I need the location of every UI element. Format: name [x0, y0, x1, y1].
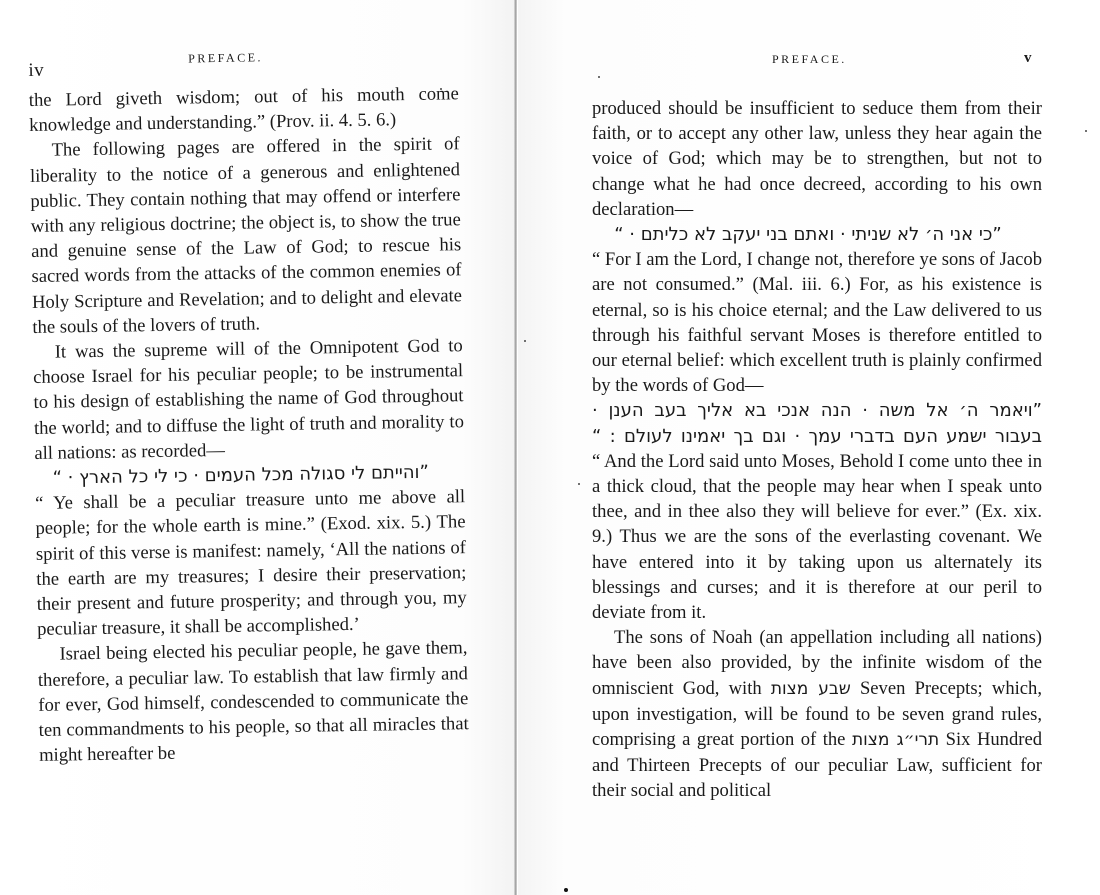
paragraph-continuation-right: produced should be insufficient to seduc…	[592, 96, 1042, 222]
paragraph-sons-of-noah: The sons of Noah (an appellation includi…	[592, 625, 1042, 803]
page-number-left: iv	[28, 60, 44, 82]
left-running-head: iv PREFACE.	[28, 41, 459, 88]
book-spine	[514, 0, 517, 895]
quote-translation-malachi: “ For I am the Lord, I change not, there…	[592, 247, 1042, 398]
left-body-text: the Lord giveth wisdom; out of his mouth…	[29, 81, 470, 768]
hebrew-quote-malachi: ”כי אני ה׳ לא שניתי · ואתם בני יעקב לא כ…	[592, 222, 1042, 247]
scan-speck	[440, 88, 442, 90]
hebrew-seven-precepts: שבע מצות	[771, 679, 851, 699]
scan-speck	[598, 76, 600, 78]
left-page-content: iv PREFACE. the Lord giveth wisdom; out …	[28, 41, 469, 768]
paragraph-continuation: the Lord giveth wisdom; out of his mouth…	[29, 81, 460, 138]
quote-translation-exodus: “ Ye shall be a peculiar treasure unto m…	[35, 484, 467, 642]
hebrew-613-precepts: תרי״ג מצות	[852, 730, 939, 750]
right-body-text: produced should be insufficient to seduc…	[592, 96, 1042, 804]
page-number-right: v	[1024, 50, 1032, 67]
scan-speck	[1085, 130, 1087, 132]
right-page-content: PREFACE. v produced should be insufficie…	[592, 48, 1042, 804]
running-head-title-right: PREFACE.	[772, 52, 847, 67]
paragraph-israel-elected: Israel being elected his peculiar people…	[37, 636, 469, 769]
quote-translation-exodus-19: “ And the Lord said unto Moses, Behold I…	[592, 449, 1042, 625]
scan-speck	[524, 340, 526, 342]
paragraph-liberality: The following pages are offered in the s…	[29, 132, 462, 340]
right-running-head: PREFACE. v	[592, 48, 1042, 88]
running-head-title-left: PREFACE.	[188, 50, 263, 66]
hebrew-quote-exodus-19-line-2: בעבור ישמע העם בדברי עמך · וגם בך יאמינו…	[592, 424, 1042, 449]
hebrew-quote-exodus-19-line-1: ”ויאמר ה׳ אל משה · הנה אנכי בא אליך בעב …	[592, 398, 1042, 423]
scan-speck	[564, 888, 568, 892]
scan-speck	[578, 483, 580, 485]
paragraph-supreme-will: It was the supreme will of the Omnipoten…	[33, 333, 465, 466]
